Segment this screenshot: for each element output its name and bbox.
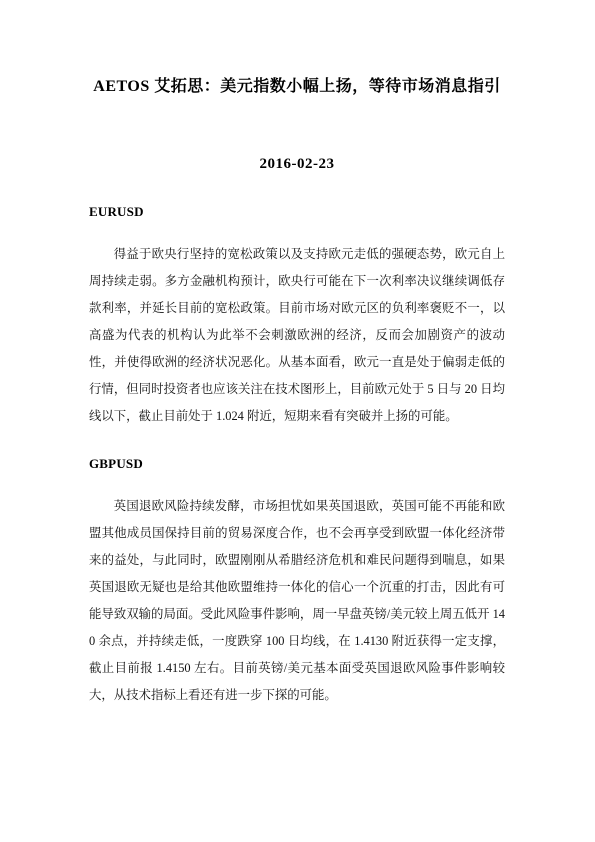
section-heading-eurusd: EURUSD xyxy=(89,204,505,220)
section-paragraph-eurusd: 得益于欧央行坚持的宽松政策以及支持欧元走低的强硬态势，欧元自上周持续走弱。多方金… xyxy=(89,241,505,430)
document-date: 2016-02-23 xyxy=(89,155,505,173)
section-gbpusd: GBPUSD 英国退欧风险持续发酵，市场担忧如果英国退欧，英国可能不再能和欧盟其… xyxy=(89,456,505,709)
section-paragraph-gbpusd: 英国退欧风险持续发酵，市场担忧如果英国退欧，英国可能不再能和欧盟其他成员国保持目… xyxy=(89,493,505,709)
section-eurusd: EURUSD 得益于欧央行坚持的宽松政策以及支持欧元走低的强硬态势，欧元自上周持… xyxy=(89,204,505,430)
document-title: AETOS 艾拓思：美元指数小幅上扬，等待市场消息指引 xyxy=(89,76,505,98)
section-heading-gbpusd: GBPUSD xyxy=(89,456,505,472)
document-page: AETOS 艾拓思：美元指数小幅上扬，等待市场消息指引 2016-02-23 E… xyxy=(0,0,595,842)
